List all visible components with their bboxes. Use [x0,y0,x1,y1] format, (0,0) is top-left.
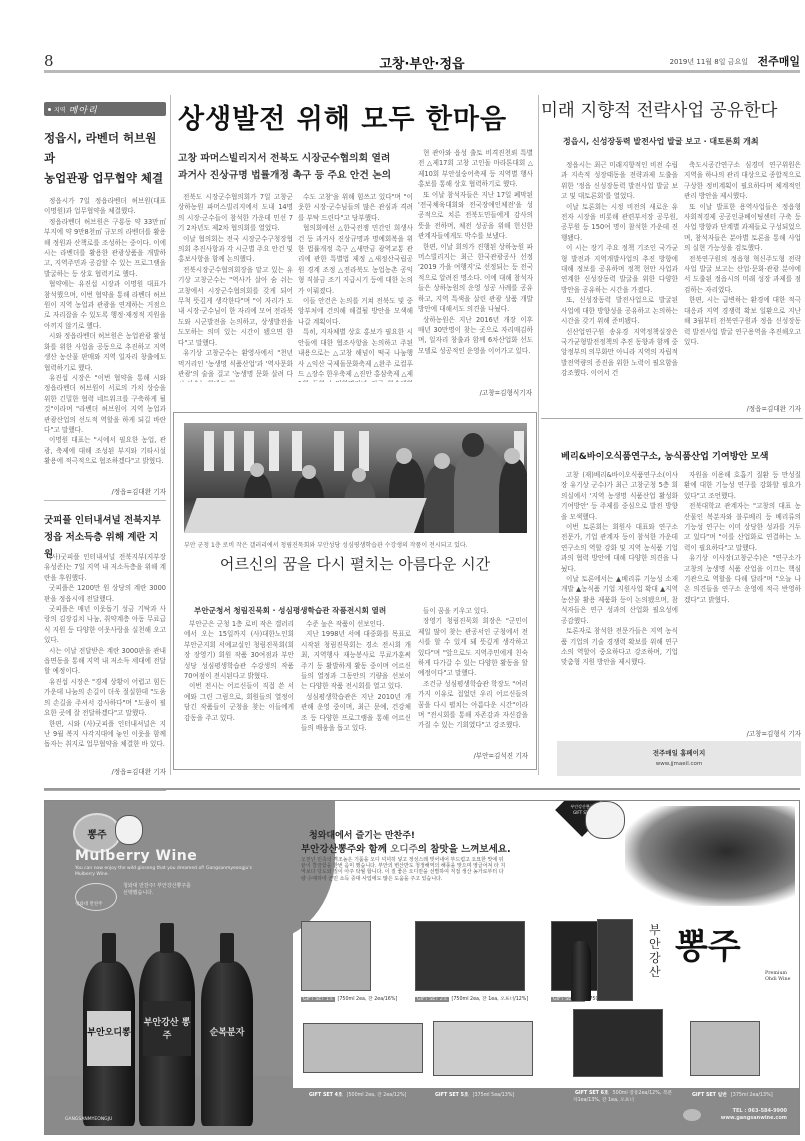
mulberry-wine-advertisement[interactable]: 뽕주 Mulberry Wine You can now enjoy the w… [44,800,800,1135]
paragraph: 이번 전시는 어르신들이 직접 쓴 서예와 그린 그림으로, 회원들의 열정이 … [184,681,294,723]
article-column: 들이 꿈을 키우고 있다. 장영기 청림진묵회 회장은 "군민이 제일 많이 찾… [418,606,528,748]
paragraph: 한편, 이날 회의가 진행된 상하농원 파머스빌리지는 최근 한국관광공사 선정… [418,242,533,315]
paragraph: 한편, 시와 (사)굿피플 인터내셔널은 지난 9월 복지 사각지대에 놓인 이… [44,719,166,750]
gift-spec: 500ml 2ea, 잔 2ea/12% [348,1093,404,1098]
paragraph: 장영기 청림진묵회 회장은 "군민이 제일 많이 찾는 관공서인 군청에서 전시… [418,616,528,678]
gift-spec: 750ml 2ea, 잔 1ea, 오프너/12% [453,997,526,1002]
photo-caption: 부안 군청 1층 로비 작은 갤러리에서 청림진묵회와 부안성당 성심평생학습관… [184,540,527,549]
calligraphy-scroll [292,431,302,471]
ad-tagline: You can now enjoy the wild ginseng that … [75,866,265,878]
byline: /고창=김형식기자 [418,387,532,397]
paragraph: 이 시는 장기 주요 정책 기조인 국가균형 발전과 지역개발사업의 추진 방향… [561,243,678,295]
region-tag: 지역 메아리 [44,102,166,116]
ad-contact: TEL : 063-584-9900 www.gangsanwine.com [721,1108,787,1122]
divider [44,790,166,791]
paragraph: 시는 이날 전달받은 계란 3000판을 관내 읍면동을 통해 지역 내 저소득… [44,646,166,677]
gift-tag: GIFT SET 1호 [301,997,335,1002]
person-head [434,453,450,469]
article-headline[interactable]: 베리&바이오식품연구소, 농식품산업 기여방안 모색 [561,448,803,462]
mascot-icon [115,815,143,845]
article-column: 자원을 이용해 호흡기 질환 등 만성질환에 대한 기능성 연구를 강화할 필요… [684,470,801,725]
wine-bottle: 부안강산 뽕주 [139,951,195,1126]
gift-set-6-spec: GIFT SET 6호500ml 장흥2ea/12%, 복분자1ea/13%, … [573,1089,673,1103]
paragraph: 자원을 이용해 호흡기 질환 등 만성질환에 대한 기능성 연구를 강화할 필요… [684,470,801,501]
article-column: 수준 높은 작품이 선보인다. 지난 1998년 서예 대중화를 목표로 시작된… [301,619,411,759]
homepage-url[interactable]: www.jjmaeil.com [557,761,801,767]
website-link[interactable]: www.gangsanwine.com [721,1115,787,1122]
issue-date: 2019년 11월 8일 금요일 [670,57,748,67]
ad-headline-2: 부안강산뽕주와 함께 오디주의 참맛을 느껴보세요. [301,841,511,855]
left-column: 지역 메아리 정읍시, 라벤더 허브원과 농업관광 업무협약 체결 정읍시가 7… [44,102,166,496]
headline-line: 농업관광 업무협약 체결 [44,168,166,188]
blue-house-label: 청와대 만찬주 [75,901,103,907]
calligraphy-scroll [204,431,214,471]
paragraph: 이들 안건은 논의를 거쳐 전북도 및 중앙부처에 건의해 해결될 방안을 모색… [298,296,413,327]
calligraphy-scroll [359,431,369,471]
person [499,458,527,533]
premium-label: Premium Ohdi Wine [765,971,790,983]
exhibition-photo[interactable] [184,423,527,533]
person-head [250,463,264,477]
paragraph: 또 이날 참석자들은 지난 17일 폐막된 '전국체육대회와 전국장애인체전'을… [418,190,533,242]
byline: /정읍=김대완 기자 [684,403,801,413]
headline-suffix: 의 참맛을 느껴보세요. [418,844,511,855]
gift-set-regular-image[interactable] [690,1021,760,1076]
article-column: 축도시공간연구소 심경미 연구위원은 지역을 하나의 관리 대상으로 종합적으로… [684,160,801,375]
paragraph: 이명원 대표는 "시에서 필요한 농업, 관광, 축제에 대해 조성된 부지와 … [44,435,166,466]
calligraphy-scroll [224,431,234,471]
byline: /고창=김형식 기자 [684,728,801,738]
paragraph: 또 이날 발표한 용역사업들은 정읍형 사회적경제 공공인큐베이팅센터 구축 등… [684,202,801,254]
gift-set-1-image[interactable] [301,921,371,991]
region-tag-label: 메아리 [69,103,98,116]
paragraph: 토론자로 참석한 전문가들은 지역 농식품 기업의 기술 경쟁력 확보를 위해 … [561,626,678,668]
paragraph: 굿피플은 1200만 원 상당의 계란 3000판을 정읍시에 전달했다. [44,583,166,604]
paragraph: 정읍시가 7일 정읍라벤더 허브원(대표 이명원)과 업무협약을 체결했다. [44,196,166,217]
headline-accent: 오디주 [390,844,418,855]
gift-tag: GIFT SET 5호 [433,1093,471,1098]
header-rule [44,70,800,73]
paragraph: 현 관아와 읍성 출토 비격진천뢰 특별전 △제17회 고창 고인돌 마라톤대회… [418,148,533,190]
bottle-label: 순복분자 [205,1011,249,1066]
paragraph: 이날 협의회는 전국 시장군수구청장협의회 추진사항과 각 시군별 주요 안건 … [178,234,293,265]
paragraph: 이날 토론회는 시정 비전의 새로운 유전자 시장을 비롯해 관련부서장 공무원… [561,202,678,244]
bottle-neck [102,933,116,963]
article-column: 부안군은 군청 1층 로비 작은 갤러리에서 오는 15일까지 (사)대한노인회… [184,619,294,759]
bottle-label: 부안오디뽕 [87,1011,131,1066]
gift-set-regular-spec: GIFT SET 일반[375ml 2ea/13%] [690,1091,773,1098]
brand-calligraphy: 뽕주 [675,919,741,968]
paragraph: 정읍시는 최근 미래지향적인 비전 수립과 지속적 성장태동을 전략과제 도출을… [561,160,678,202]
paragraph: (사)굿피플 인터내셔널 전북지부(지부장 유성준)는 7일 지역 내 저소득층… [44,552,166,583]
paragraph: 고창 (재)베리&바이오식품연구소(이사장 유기상 군수)가 최근 고창군청 5… [561,470,678,522]
bottle-neck [160,923,174,953]
photo-article-box: 부안 군청 1층 로비 작은 갤러리에서 청림진묵회와 부안성당 성심평생학습관… [173,412,537,770]
paragraph: 지난 1998년 서예 대중화를 목표로 시작된 청림진묵회는 경소 전시회 개… [301,629,411,691]
bullet-icon [48,108,51,111]
paragraph: 유기상 고창군수는 환영사에서 "천년 먹거리인 '농생명 식품산업'과 '역사… [178,348,293,382]
gift-tag: GIFT SET 6호 [573,1091,611,1096]
gift-set-5-image[interactable] [433,1021,533,1076]
paragraph: 전북연구원의 정읍형 혁신주도형 전략사업 발굴 보고는 산업·문화·관광 분야… [684,254,801,296]
wine-box [597,919,633,1001]
paragraph: 수준 높은 작품이 선보인다. [301,619,411,629]
paragraph: 협약에는 유진섭 시장과 이명원 대표가 참석했으며, 이번 협약을 통해 라벤… [44,279,166,331]
photo-article-headline[interactable]: 어르신의 꿈을 다시 펼치는 아름다운 시간 [174,553,536,574]
paragraph: 상하농원은 지난 2016년 개장 이후 매년 30만명이 찾는 곳으로 자리매… [418,315,533,357]
brand-small: 부안강산 [649,923,663,979]
gift-spec: 375ml 5ea/13% [474,1093,512,1098]
calligraphy-scroll [269,431,279,471]
blue-house-text: 청와대 만찬주! 부안강산뽕주를 선택했습니다. [123,883,193,897]
paragraph: 전북시장군수협의회장을 맡고 있는 유기상 고창군수는 "역사가 살아 숨 쉬는… [178,265,293,348]
article-subhead: 정읍시, 신성장동력 발전사업 발굴 보고 · 대토론회 개최 [563,136,803,147]
paragraph: 전북도 시장군수협의회가 7일 고창군 상하농원 파머스빌리지에서 도내 14명… [178,192,293,234]
mulberries-image [625,806,795,906]
paragraph: 조건규 성심평생학습관 학장도 "여러 가지 이유로 접었던 우리 어르신들의 … [418,679,528,731]
article-headline[interactable]: 정읍시, 라벤더 허브원과 농업관광 업무협약 체결 [44,128,166,188]
gift-tag: GIFT SET 2호 [415,997,449,1002]
paragraph: 이번 토론회는 회원사 대표와 연구소 전문가, 기업 관계자 등이 참석한 가… [561,522,678,574]
gift-set-1-spec: GIFT SET 1호[750ml 2ea, 잔 2ea/16%] [301,995,397,1002]
divider [44,500,166,501]
byline: /부안=김석진 기자 [418,750,528,760]
ad-title: Mulberry Wine [75,848,197,864]
divider [541,418,803,419]
wine-bottle: 순복분자 [201,961,253,1126]
gift-tag: GIFT SET 일반 [690,1093,729,1098]
wine-bottle [571,941,591,1001]
paragraph: 신산업연구원 송유경 지역정책실장은 국가균형발전정책의 추진 동향과 함께 중… [561,327,678,379]
person-head [462,433,484,457]
article-column: 고창 (재)베리&바이오식품연구소(이사장 유기상 군수)가 최근 고창군청 5… [561,470,678,725]
ad-left-panel: 뽕주 Mulberry Wine You can now enjoy the w… [45,801,293,1135]
headline-prefix: 부안강산뽕주와 함께 [301,844,390,855]
person [454,443,504,533]
paragraph: 들이 꿈을 키우고 있다. [418,606,528,616]
ad-paragraph: 오천년 민족의 격조높은 기품을 오디 넉넉히 넣고 정성스레 빚어내어 부드럽… [301,857,506,882]
headline-line: 굿피플 인터내셔널 전북지부 [44,512,166,529]
article-body: 정읍시가 7일 정읍라벤더 허브원(대표 이명원)과 업무협약을 체결했다. 정… [44,196,166,484]
person-head [396,448,412,464]
paragraph: 축도시공간연구소 심경미 연구위원은 지역을 하나의 관리 대상으로 종합적으로… [684,160,801,202]
paragraph: 시와 정읍라벤더 허브원은 농업관광 활성화를 위한 사업을 공동으로 추진하고… [44,331,166,373]
bottle-neck [220,933,234,963]
brand-logo-icon: 뽕주 [73,813,121,853]
exhibition-table [184,498,427,533]
paragraph: 굿피플은 매년 이웃돕기 성금 기탁과 사랑의 김장김치 나눔, 취약계층 아동… [44,604,166,646]
article-column: 전북도 시장군수협의회가 7일 고창군 상하농원 파머스빌리지에서 도내 14명… [178,192,293,382]
paragraph: 부안군은 군청 1층 로비 작은 갤러리에서 오는 15일까지 (사)대한노인회… [184,619,294,681]
ad-right-panel: 부안강산 뽕주 Premium Ohdi Wine [565,801,800,1001]
gift-set-4-spec: GIFT SET 4호[500ml 2ea, 잔 2ea/12%] [307,1091,406,1098]
gift-set-2-image[interactable] [415,921,525,991]
paragraph: 성심평생학습관은 지난 2010년 개관해 운영 중이며, 최근 문예, 건강체… [301,692,411,734]
paragraph: 전북대학교 관계자는 "고창의 대표 농산물인 복분자와 블루베리 등 베리류의… [684,501,801,553]
paragraph: 한편, 시는 급변하는 환경에 대한 적극 대응과 지역 경쟁력 확보 일환으로… [684,295,801,347]
gift-tag: GIFT SET 4호 [307,1093,345,1098]
gift-spec: 750ml 2ea, 잔 2ea/16% [339,997,395,1002]
mascot-icon [585,801,625,839]
photo-article-subhead: 부안군청서 청림진묵회 · 성심평생학습관 작품전시회 열려 [194,605,424,616]
homepage-title: 전주매일 홈페이지 [557,748,801,757]
article-body: (사)굿피플 인터내셔널 전북지부(지부장 유성준)는 7일 지역 내 저소득층… [44,552,166,764]
paragraph: 수도 고창'을 위해 힘쓰고 있다"며 "이웃한 시장·군수님들의 많은 관심과… [298,192,413,223]
gift-set-4-image[interactable] [303,1023,423,1073]
ad-headline-1: 청와대에서 즐기는 만찬주! [309,828,415,841]
paragraph: 이날 토론에서는 ▲베리류 기능성 소재 개발 ▲농식품 기업 지원사업 확대 … [561,574,678,626]
calligraphy-scroll [334,431,344,471]
column-divider [170,95,171,775]
gift-spec: 375ml 2ea/13% [733,1093,771,1098]
paragraph: 또, 신성장동력 발전사업으로 발굴된 사업에 대한 방향성을 공유하고 논의하… [561,295,678,326]
phone-number[interactable]: TEL : 063-584-9900 [721,1108,787,1115]
paragraph: 협의회에선 △한국전쟁 민간인 희생사건 등 과거사 진상규명과 명예회복을 위… [298,223,413,296]
headline-line: 정읍시, 라벤더 허브원과 [44,128,166,168]
company-emblem-icon [683,1109,701,1121]
company-logo: GANGSANMYEONGJU [65,1117,112,1122]
paragraph: 유기상 이사장(고창군수)은 "연구소가 고창의 농생명 식품 산업을 이끄는 … [684,553,801,605]
ad-divider [44,788,800,790]
paragraph: 유진섭 시장은 "경제 상황이 어렵고 힘든 가운데 나눔의 손길이 더욱 절실… [44,677,166,719]
article-column: 수도 고창'을 위해 힘쓰고 있다"며 "이웃한 시장·군수님들의 많은 관심과… [298,192,413,382]
person-head [352,468,366,482]
article-headline[interactable]: 미래 지향적 전략사업 공유한다 [541,96,801,126]
subhead-line: 고창 파머스빌리지서 전북도 시장군수협의회 열려 [178,150,413,167]
wine-bottle: 부안오디뽕 [83,961,135,1126]
person-head [504,448,520,464]
main-headline[interactable]: 상생발전 위해 모두 한마음 [178,100,532,140]
paragraph: 유진섭 시장은 "이번 협약을 통해 시와 정읍라벤더 허브원이 서로의 가치 … [44,373,166,435]
byline: /정읍=김대완 기자 [44,486,166,496]
gift-set-6-image[interactable] [573,1009,663,1077]
homepage-promo[interactable]: 전주매일 홈페이지 www.jjmaeil.com [557,741,801,776]
article-column: 정읍시는 최근 미래지향적인 비전 수립과 지속적 성장태동을 전략과제 도출을… [561,160,678,392]
region-tag-prefix: 지역 [54,105,66,114]
bottle-label: 부안강산 뽕주 [143,1001,191,1056]
paragraph: 정읍라벤더 허브원은 구룡동 약 33만㎡ 부지에 약 9만8천㎡ 규모의 라벤… [44,217,166,279]
subhead-line: 과거사 진상규명 법률개정 촉구 등 주요 안건 논의 [178,167,413,184]
gift-set-2-spec: GIFT SET 2호[750ml 2ea, 잔 1ea, 오프너/12%] [415,995,528,1002]
byline: /정읍=김대완 기자 [44,766,166,776]
person-head [302,465,316,479]
column-divider [538,95,539,775]
paragraph: 특히, 지자체별 상호 홍보가 필요한 시안들에 대한 협조사항을 논의하고 주… [298,327,413,382]
article-column: 현 관아와 읍성 출토 비격진천뢰 특별전 △제17회 고창 고인돌 마라톤대회… [418,148,533,382]
main-subhead: 고창 파머스빌리지서 전북도 시장군수협의회 열려 과거사 진상규명 법률개정 … [178,150,413,184]
gift-set-5-spec: GIFT SET 5호[375ml 5ea/13%] [433,1091,514,1098]
newspaper-name: 전주매일 [757,53,800,69]
premium-line: Ohdi Wine [765,977,790,983]
